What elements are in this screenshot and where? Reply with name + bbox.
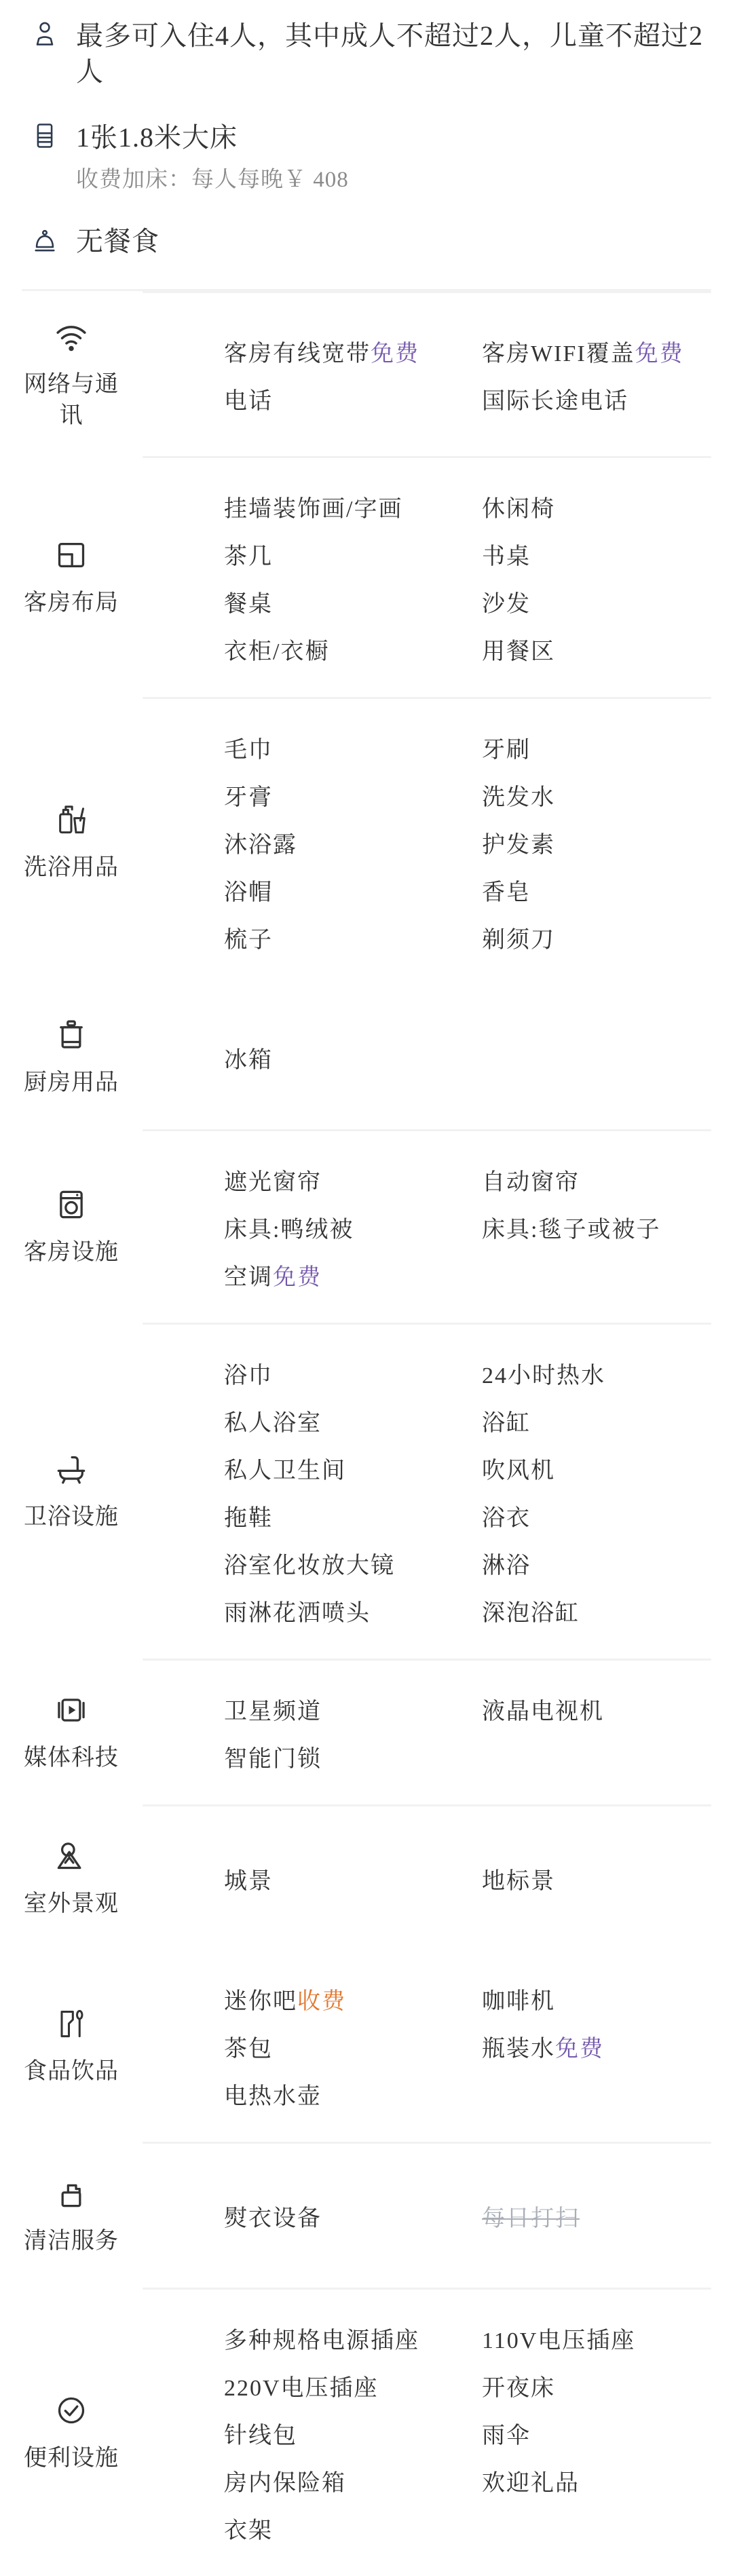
washing-machine-icon [52,1186,90,1224]
amenity-item-label: 吹风机 [482,1452,555,1485]
amenity-item-label: 电热水壶 [224,2077,322,2110]
amenity-item-label: 私人卫生间 [224,1452,346,1485]
amenity-item: 床具:鸭绒被 [224,1203,482,1251]
amenity-item: 咖啡机 [482,1975,713,2022]
items-grid: 毛巾牙刷牙膏洗发水沐浴露护发素浴帽香皂梳子剃须刀 [143,723,733,961]
amenity-item-label: 衣架 [224,2512,273,2545]
amenity-item: 书桌 [482,530,713,577]
amenity-item-label: 客房WIFI覆盖 [482,335,635,368]
bathtub-icon [52,1450,90,1488]
amenity-item: 浴帽 [224,866,482,913]
amenity-item-label: 咖啡机 [482,1982,555,2015]
amenity-item: 浴室化妆放大镜 [224,1539,482,1587]
toiletries-icon [52,801,90,839]
amenity-item-label: 国际长途电话 [482,382,628,415]
amenity-item-label: 瓶装水 [482,2030,555,2063]
amenity-item: 智能门锁 [224,1732,482,1780]
amenity-item: 浴缸 [482,1397,713,1444]
cooking-pot-icon [52,1016,90,1054]
category-label: 室外景观 [21,1889,121,1920]
amenity-item: 迷你吧收费 [224,1975,482,2022]
amenity-item: 针线包 [224,2409,482,2457]
category-bath-amenities: 洗浴用品 [0,801,143,884]
amenity-item-label: 淋浴 [482,1547,531,1580]
amenity-item: 空调免费 [224,1251,482,1298]
section-room-facilities: 客房设施遮光窗帘自动窗帘床具:鸭绒被床具:毯子或被子空调免费 [0,1131,733,1323]
amenity-item: 衣柜/衣橱 [224,625,482,673]
amenity-item-label: 深泡浴缸 [482,1594,580,1627]
amenity-item: 休闲椅 [482,482,713,530]
amenity-item-label: 私人浴室 [224,1404,322,1437]
amenity-item: 护发素 [482,818,713,866]
section-kitchen: 厨房用品冰箱 [0,985,733,1129]
amenity-item: 冰箱 [224,1034,482,1081]
amenity-item: 雨伞 [482,2409,713,2457]
amenity-item: 香皂 [482,866,713,913]
extra-bed-fee-text: 收费加床：每人每晚￥ 408 [76,166,713,193]
amenity-item-label: 遮光窗帘 [224,1163,322,1196]
items-grid: 挂墙装饰画/字画休闲椅茶几书桌餐桌沙发衣柜/衣橱用餐区 [143,482,733,673]
amenity-item: 雨淋花洒喷头 [224,1587,482,1634]
amenity-item: 220V电压插座 [224,2362,482,2409]
amenity-item-label: 香皂 [482,873,531,907]
amenity-item-label: 毛巾 [224,731,273,764]
category-label: 客房设施 [21,1237,121,1268]
items-grid: 卫星频道液晶电视机智能门锁 [143,1685,733,1780]
amenity-item-label: 牙膏 [224,778,273,812]
amenity-item: 吹风机 [482,1444,713,1492]
section-outdoor-view: 室外景观城景地标景 [0,1806,733,1950]
items-grid: 冰箱 [143,1034,733,1081]
amenity-item: 液晶电视机 [482,1685,713,1732]
amenity-item-label: 洗发水 [482,778,555,812]
amenity-item-label: 24小时热水 [482,1357,605,1390]
amenity-item: 熨衣设备 [224,2192,482,2239]
room-summary: 最多可入住4人，其中成人不超过2人，儿童不超过2人 1张1.8米大床 收费加床：… [0,0,733,289]
amenity-item-label: 雨淋花洒喷头 [224,1594,371,1627]
category-cleaning-service: 清洁服务 [0,2174,143,2257]
category-label: 客房布局 [21,588,121,619]
amenity-item-label: 衣柜/衣橱 [224,632,329,666]
amenity-item: 开夜床 [482,2362,713,2409]
room-layout-icon [52,536,90,574]
amenity-item-label: 电话 [224,382,273,415]
bed-text: 1张1.8米大床 [76,119,713,155]
price-badge-free: 免费 [371,335,419,368]
amenity-sections: 网络与通讯客房有线宽带免费客房WIFI覆盖免费电话国际长途电话 客房布局挂墙装饰… [0,291,733,2576]
amenity-item-label: 城景 [224,1862,273,1895]
price-badge-free: 免费 [635,335,684,368]
amenity-item-label: 空调 [224,1258,273,1291]
meal-row: 无餐食 [30,223,713,259]
amenity-item-label: 茶几 [224,537,273,571]
amenity-item-label: 沐浴露 [224,826,297,859]
amenity-item-label: 书桌 [482,537,531,571]
media-play-icon [52,1691,90,1729]
wifi-icon [52,318,90,356]
amenity-item: 城景 [224,1855,482,1902]
amenity-item: 拖鞋 [224,1492,482,1539]
amenity-item: 地标景 [482,1855,713,1902]
items-grid: 迷你吧收费咖啡机茶包瓶装水免费电热水壶 [143,1975,733,2117]
items-grid: 多种规格电源插座110V电压插座220V电压插座开夜床针线包雨伞房内保险箱欢迎礼… [143,2314,733,2552]
amenity-item-label: 地标景 [482,1862,555,1895]
amenity-item-label: 针线包 [224,2417,297,2450]
amenity-item: 遮光窗帘 [224,1156,482,1203]
category-media-tech: 媒体科技 [0,1691,143,1774]
price-badge-paid: 收费 [297,1982,346,2015]
category-bathroom: 卫浴设施 [0,1450,143,1533]
amenity-item: 用餐区 [482,625,713,673]
amenity-item: 牙刷 [482,723,713,771]
amenity-item: 茶包 [224,2022,482,2070]
amenity-item: 毛巾 [224,723,482,771]
items-grid: 客房有线宽带免费客房WIFI覆盖免费电话国际长途电话 [143,327,733,422]
category-convenience: 便利设施 [0,2391,143,2474]
section-bathroom: 卫浴设施浴巾24小时热水私人浴室浴缸私人卫生间吹风机拖鞋浴衣浴室化妆放大镜淋浴雨… [0,1325,733,1659]
amenity-item: 茶几 [224,530,482,577]
amenity-item: 梳子 [224,913,482,961]
amenity-item: 房内保险箱 [224,2457,482,2504]
amenity-item: 挂墙装饰画/字画 [224,482,482,530]
amenity-item-label: 梳子 [224,921,273,954]
amenity-item: 电话 [224,375,482,422]
person-icon [30,18,60,50]
occupancy-row: 最多可入住4人，其中成人不超过2人，儿童不超过2人 [30,18,713,90]
amenity-item: 欢迎礼品 [482,2457,713,2504]
category-room-layout: 客房布局 [0,536,143,619]
category-label: 洗浴用品 [21,852,121,884]
amenity-item-label: 浴缸 [482,1404,531,1437]
cleaning-bucket-icon [52,2174,90,2212]
amenity-item: 私人卫生间 [224,1444,482,1492]
items-grid: 浴巾24小时热水私人浴室浴缸私人卫生间吹风机拖鞋浴衣浴室化妆放大镜淋浴雨淋花洒喷… [143,1349,733,1634]
category-food-drink: 食品饮品 [0,2005,143,2087]
amenity-item: 床具:毯子或被子 [482,1203,713,1251]
category-label: 食品饮品 [21,2056,121,2087]
amenity-item: 牙膏 [224,771,482,818]
amenity-item-label: 剃须刀 [482,921,555,954]
amenity-item: 自动窗帘 [482,1156,713,1203]
amenity-item: 电热水壶 [224,2070,482,2117]
amenity-item-label: 卫星频道 [224,1692,322,1726]
amenity-item: 瓶装水免费 [482,2022,713,2070]
section-room-layout: 客房布局挂墙装饰画/字画休闲椅茶几书桌餐桌沙发衣柜/衣橱用餐区 [0,458,733,697]
amenity-item: 国际长途电话 [482,375,713,422]
amenity-item-label: 沙发 [482,585,531,618]
amenity-item-label: 冰箱 [224,1041,273,1074]
bed-icon [30,119,60,152]
amenity-item: 深泡浴缸 [482,1587,713,1634]
amenity-item-label: 液晶电视机 [482,1692,604,1726]
category-label: 清洁服务 [21,2226,121,2257]
section-convenience: 便利设施多种规格电源插座110V电压插座220V电压插座开夜床针线包雨伞房内保险… [0,2290,733,2576]
price-badge-free: 免费 [555,2030,604,2063]
amenity-item-label: 浴帽 [224,873,273,907]
category-label: 厨房用品 [21,1067,121,1099]
amenity-item-label: 220V电压插座 [224,2369,379,2402]
amenity-item-label: 用餐区 [482,632,555,666]
mountain-view-icon [52,1837,90,1875]
amenity-item-label: 休闲椅 [482,490,555,523]
category-outdoor-view: 室外景观 [0,1837,143,1920]
amenity-item: 客房WIFI覆盖免费 [482,327,713,375]
amenity-item-label: 自动窗帘 [482,1163,580,1196]
meal-text: 无餐食 [76,223,713,259]
amenity-item-label: 床具:鸭绒被 [224,1211,354,1244]
items-grid: 城景地标景 [143,1855,733,1902]
amenity-item-label: 欢迎礼品 [482,2464,580,2497]
amenity-item: 浴巾 [224,1349,482,1397]
bed-row: 1张1.8米大床 收费加床：每人每晚￥ 408 [30,119,713,193]
amenity-item: 多种规格电源插座 [224,2314,482,2362]
amenity-item: 24小时热水 [482,1349,713,1397]
amenity-item: 衣架 [224,2504,482,2552]
amenity-item-label: 浴衣 [482,1499,531,1532]
amenity-item: 沙发 [482,577,713,625]
amenity-item: 110V电压插座 [482,2314,713,2362]
amenity-item-label: 智能门锁 [224,1740,322,1773]
amenity-item-label: 床具:毯子或被子 [482,1211,660,1244]
category-label: 便利设施 [21,2443,121,2474]
amenity-item-label: 浴室化妆放大镜 [224,1547,395,1580]
category-label: 卫浴设施 [21,1502,121,1533]
amenity-item-label-unavailable: 每日打扫 [482,2199,580,2233]
amenity-item-label: 护发素 [482,826,555,859]
amenity-item-label: 多种规格电源插座 [224,2322,419,2355]
category-label: 媒体科技 [21,1743,121,1774]
section-media-tech: 媒体科技卫星频道液晶电视机智能门锁 [0,1661,733,1804]
amenity-item-label: 客房有线宽带 [224,335,371,368]
section-bath-amenities: 洗浴用品毛巾牙刷牙膏洗发水沐浴露护发素浴帽香皂梳子剃须刀 [0,699,733,985]
category-room-facilities: 客房设施 [0,1186,143,1268]
amenity-item-label: 开夜床 [482,2369,555,2402]
amenity-item-label: 茶包 [224,2030,273,2063]
amenity-item-label: 迷你吧 [224,1982,297,2015]
amenity-item: 剃须刀 [482,913,713,961]
check-circle-icon [52,2391,90,2429]
amenity-item: 客房有线宽带免费 [224,327,482,375]
amenity-item: 浴衣 [482,1492,713,1539]
amenity-item: 洗发水 [482,771,713,818]
amenity-item-label: 浴巾 [224,1357,273,1390]
category-kitchen: 厨房用品 [0,1016,143,1099]
amenity-item-label: 挂墙装饰画/字画 [224,490,402,523]
section-food-drink: 食品饮品迷你吧收费咖啡机茶包瓶装水免费电热水壶 [0,1950,733,2142]
amenity-item-label: 雨伞 [482,2417,531,2450]
occupancy-text: 最多可入住4人，其中成人不超过2人，儿童不超过2人 [76,18,713,90]
amenity-item: 餐桌 [224,577,482,625]
amenity-item-label: 熨衣设备 [224,2199,322,2233]
items-grid: 遮光窗帘自动窗帘床具:鸭绒被床具:毯子或被子空调免费 [143,1156,733,1298]
amenity-item: 每日打扫 [482,2192,713,2239]
category-label: 网络与通讯 [21,369,121,432]
amenity-item-label: 房内保险箱 [224,2464,346,2497]
category-network: 网络与通讯 [0,318,143,432]
section-cleaning-service: 清洁服务熨衣设备每日打扫 [0,2144,733,2288]
amenity-item: 私人浴室 [224,1397,482,1444]
amenity-item: 淋浴 [482,1539,713,1587]
food-drink-icon [52,2005,90,2043]
section-network: 网络与通讯客房有线宽带免费客房WIFI覆盖免费电话国际长途电话 [0,293,733,456]
amenity-item: 卫星频道 [224,1685,482,1732]
items-grid: 熨衣设备每日打扫 [143,2192,733,2239]
amenity-item: 沐浴露 [224,818,482,866]
amenity-item-label: 110V电压插座 [482,2322,635,2355]
amenity-item-label: 拖鞋 [224,1499,273,1532]
price-badge-free: 免费 [273,1258,322,1291]
cloche-icon [30,223,60,256]
amenity-item-label: 牙刷 [482,731,531,764]
amenity-item-label: 餐桌 [224,585,273,618]
